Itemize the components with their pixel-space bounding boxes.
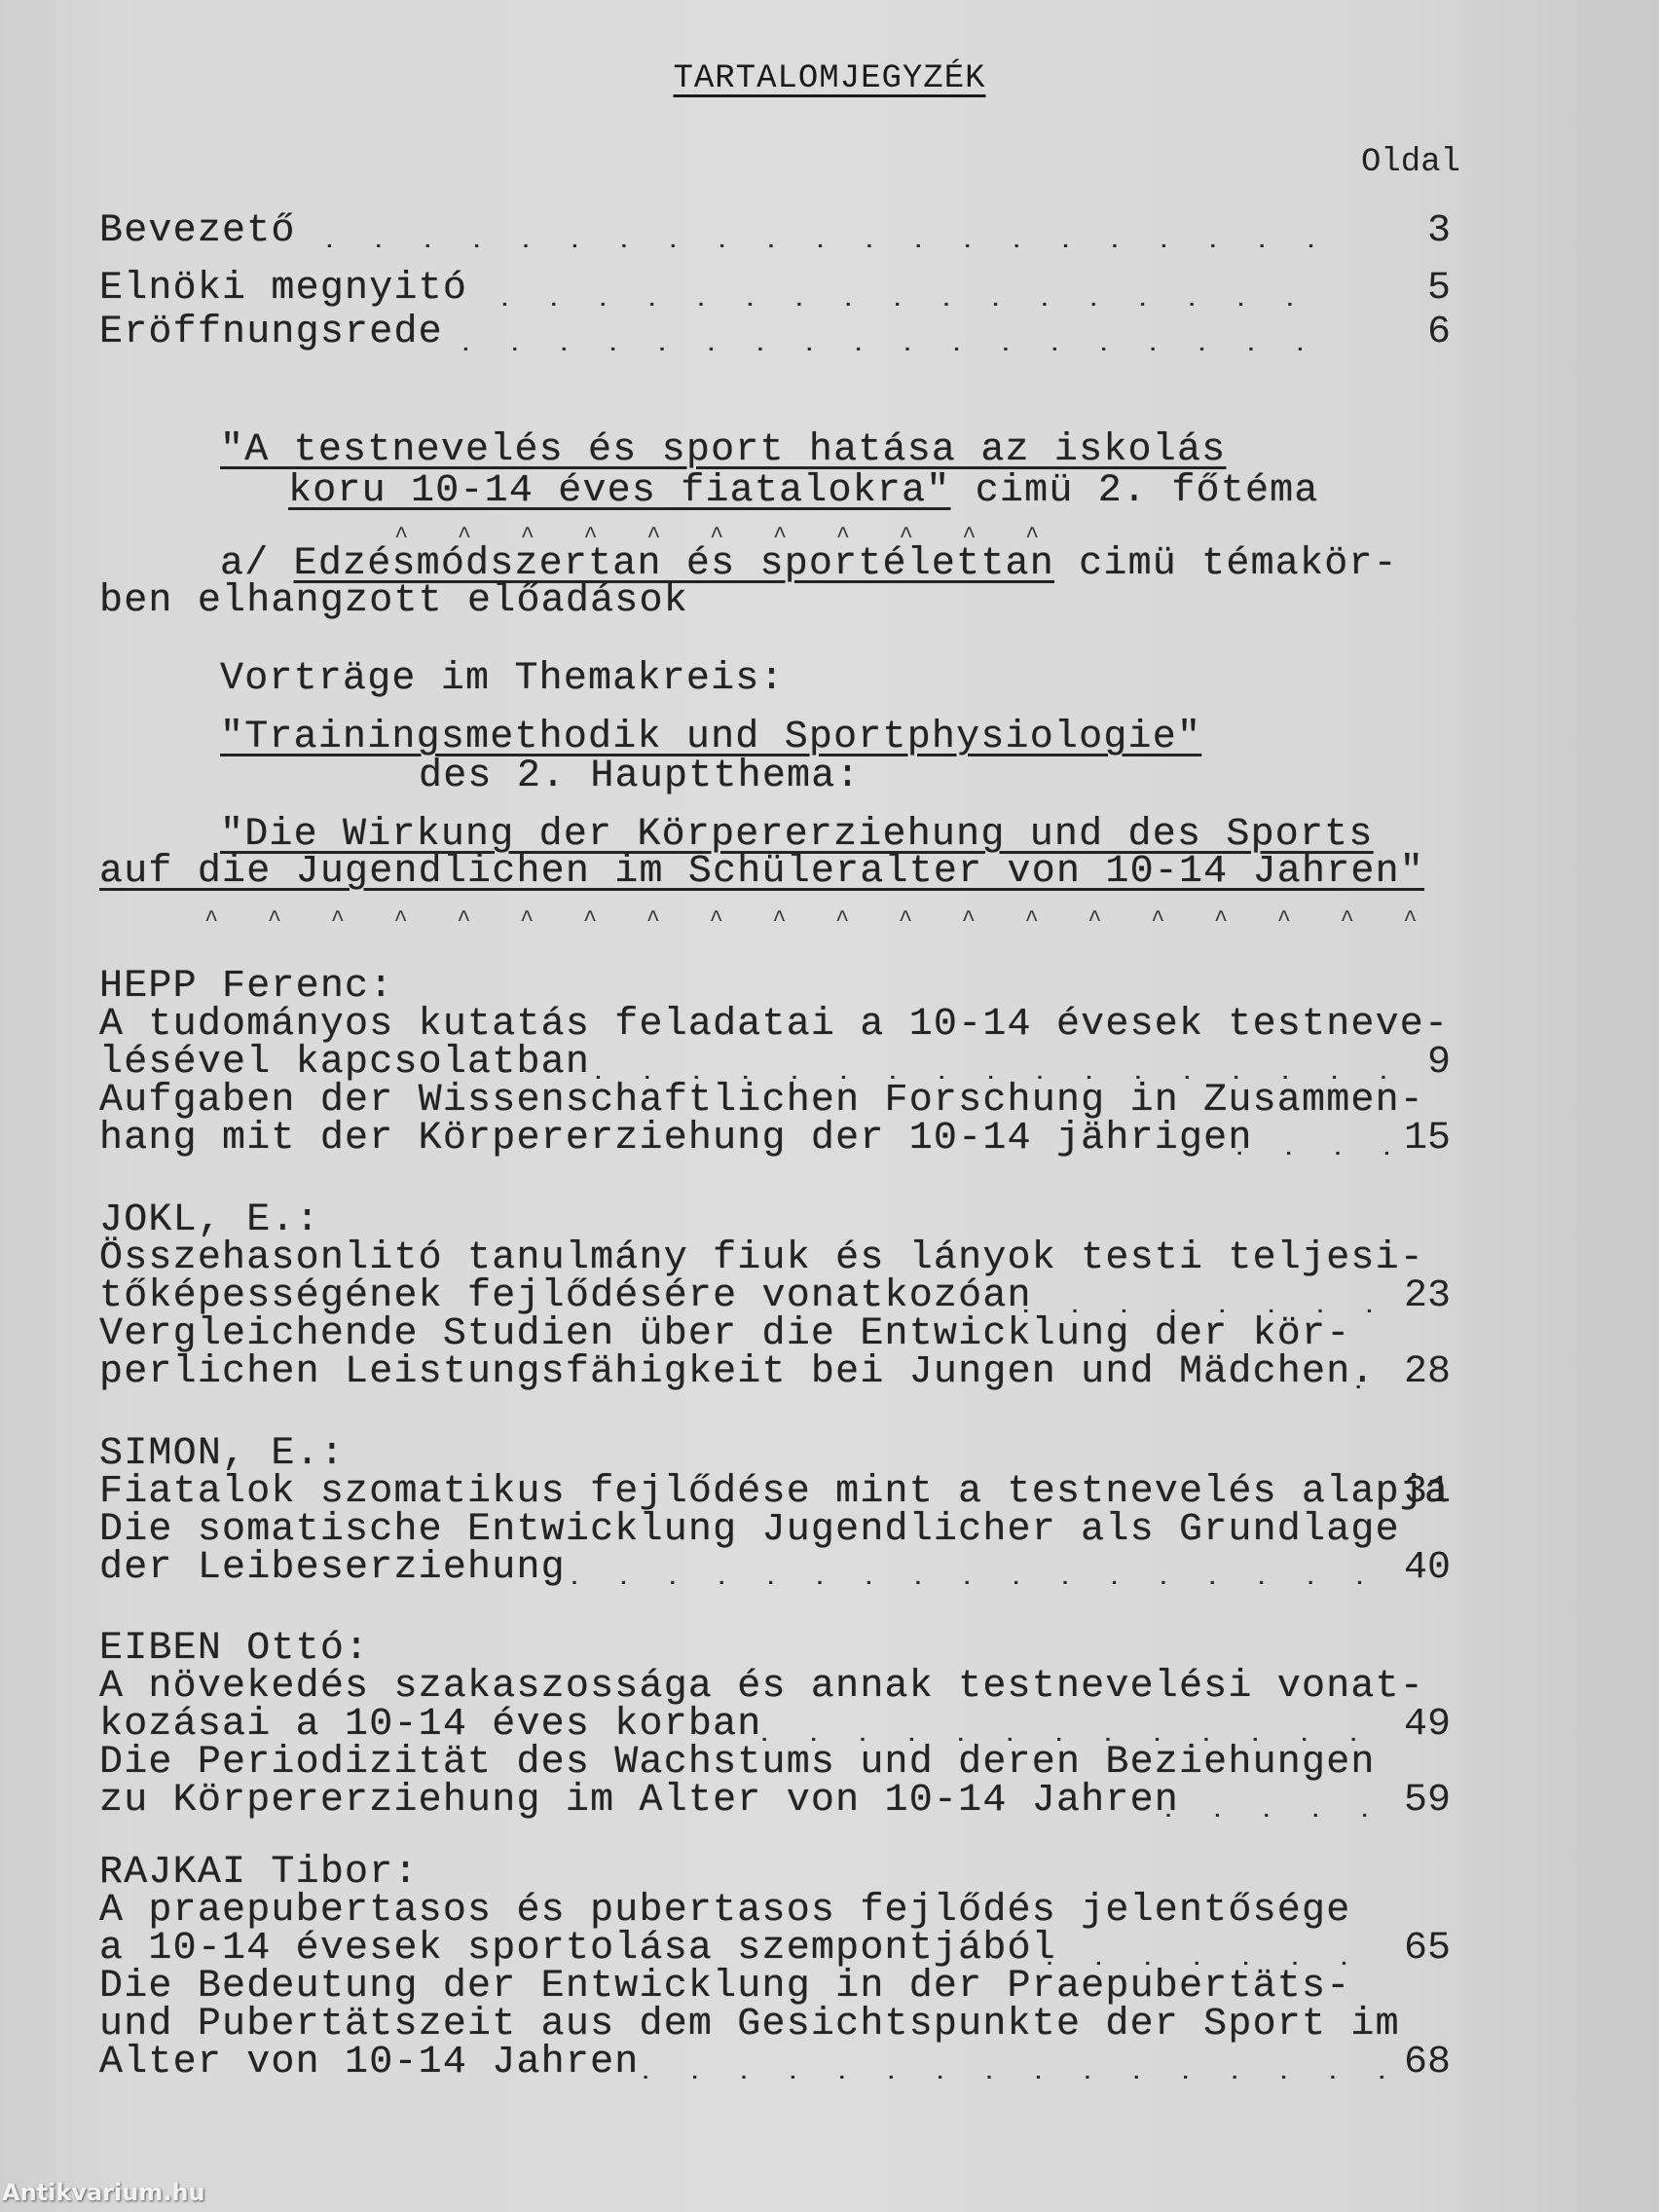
entry-title-line: Alter von 10-14 Jahren	[99, 2044, 640, 2083]
leader-dots: . . . . . . . . . . . . . . . . . . . . …	[458, 341, 1334, 350]
de-intro: Vorträge im Themakreis:	[220, 660, 785, 699]
toc-page: TARTALOMJEGYZÉK Oldal Bevezető . . . . .…	[0, 0, 1659, 2212]
entry-title-line: a 10-14 évesek sportolása szempontjából	[99, 1930, 1056, 1969]
section-a-line1: a/ Edzésmódszertan és sportélettan cimü …	[220, 545, 1398, 584]
page-number: 31	[1373, 1473, 1451, 1512]
entry-title-line: Die Periodizität des Wachstums und deren…	[99, 1744, 1376, 1783]
entry-title-line: zu Körpererziehung im Alter von 10-14 Ja…	[99, 1782, 1179, 1821]
page-number: 3	[1373, 212, 1451, 251]
leader-dots: . . . . . . . . . . . . . . . . . . . . …	[497, 296, 1334, 306]
leader-dots: . . . . . . . . . . . . . . . . . . . . …	[756, 1731, 1388, 1741]
main-topic-line1: "A testnevelés és sport hatása az iskolá…	[220, 431, 1226, 470]
main-topic-line2: koru 10-14 éves fiatalokra" cimü 2. főté…	[288, 472, 1319, 511]
toc-entry-eroffnungsrede: Eröffnungsrede	[99, 313, 443, 352]
leader-dots: . . . . . . . . . . . . . . . . . . . . …	[1042, 1955, 1388, 1965]
entry-title-line: hang mit der Körpererziehung der 10-14 j…	[99, 1120, 1253, 1159]
de-theme: "Trainingsmethodik und Sportphysiologie"	[220, 719, 1201, 757]
leader-dots: . . . . . . . . . . . . . . . . . . . . …	[638, 2069, 1388, 2079]
watermark: Antikvarium.hu	[2, 2179, 205, 2206]
entry-title-line: A tudományos kutatás feladatai a 10-14 é…	[99, 1006, 1449, 1045]
separator-dots: ^ ^ ^ ^ ^ ^ ^ ^ ^ ^ ^ ^ ^ ^ ^ ^ ^ ^ ^ ^	[204, 907, 1435, 934]
entry-title-line: A növekedés szakaszossága és annak testn…	[99, 1668, 1424, 1707]
page-column-label: Oldal	[1361, 144, 1460, 181]
entry-title-line: Die Bedeutung der Entwicklung in der Pra…	[99, 1968, 1350, 2007]
entry-title-line: perlichen Leistungsfähigkeit bei Jungen …	[99, 1353, 1376, 1392]
leader-dots: . . . . . . . . . . . . . . . . . . . . …	[1017, 1303, 1388, 1312]
entry-title-line: Aufgaben der Wissenschaftlichen Forschun…	[99, 1082, 1424, 1121]
author-name: JOKL, E.:	[99, 1201, 320, 1240]
entry-title-line: kozásai a 10-14 éves korban	[99, 1706, 762, 1745]
leader-dots: . . . . . . . . . . . . . . . . . . . . …	[321, 238, 1334, 247]
leader-dots: . . . . . . . . . . . . . . . . . . . . …	[1161, 1807, 1388, 1817]
de-title-line1: "Die Wirkung der Körpererziehung und des…	[220, 816, 1374, 855]
entry-title-line: Fiatalok szomatikus fejlődése mint a tes…	[99, 1473, 1449, 1512]
toc-entry-bevezeto: Bevezető	[99, 212, 296, 251]
entry-title-line: der Leibeserziehung	[99, 1549, 566, 1588]
de-title-line2: auf die Jugendlichen im Schüleralter von…	[99, 853, 1424, 892]
entry-title-line: A praepubertasos és pubertasos fejlődés …	[99, 1892, 1350, 1931]
entry-title-line: und Pubertätszeit aus dem Gesichtspunkte…	[99, 2006, 1400, 2045]
entry-title-line: Die somatische Entwicklung Jugendlicher …	[99, 1511, 1400, 1550]
entry-title-line: lésével kapcsolatban	[99, 1044, 590, 1083]
author-name: HEPP Ferenc:	[99, 968, 393, 1007]
leader-dots: . . . . . . . . . . . . . . . . . . . . …	[1350, 1379, 1388, 1388]
author-name: RAJKAI Tibor:	[99, 1854, 419, 1893]
section-a-line2: ben elhangzott előadások	[99, 582, 688, 621]
entry-title-line: Vergleichende Studien über die Entwicklu…	[99, 1315, 1350, 1354]
leader-dots: . . . . . . . . . . . . . . . . . . . . …	[590, 1069, 1388, 1079]
entry-title-line: Összehasonlitó tanulmány fiuk és lányok …	[99, 1239, 1424, 1278]
leader-dots: . . . . . . . . . . . . . . . . . . . . …	[567, 1574, 1388, 1584]
toc-entry-elnoki: Elnöki megnyitó	[99, 270, 467, 309]
page-number: 6	[1373, 313, 1451, 352]
page-number: 5	[1373, 270, 1451, 309]
de-haupt: des 2. Hauptthema:	[419, 757, 861, 796]
entry-title-line: tőképességének fejlődésére vonatkozóan	[99, 1277, 1032, 1316]
author-name: EIBEN Ottó:	[99, 1630, 369, 1669]
leader-dots: . . . . . . . . . . . . . . . . . . . . …	[1232, 1145, 1388, 1155]
author-name: SIMON, E.:	[99, 1435, 345, 1474]
toc-title: TARTALOMJEGYZÉK	[0, 60, 1659, 97]
